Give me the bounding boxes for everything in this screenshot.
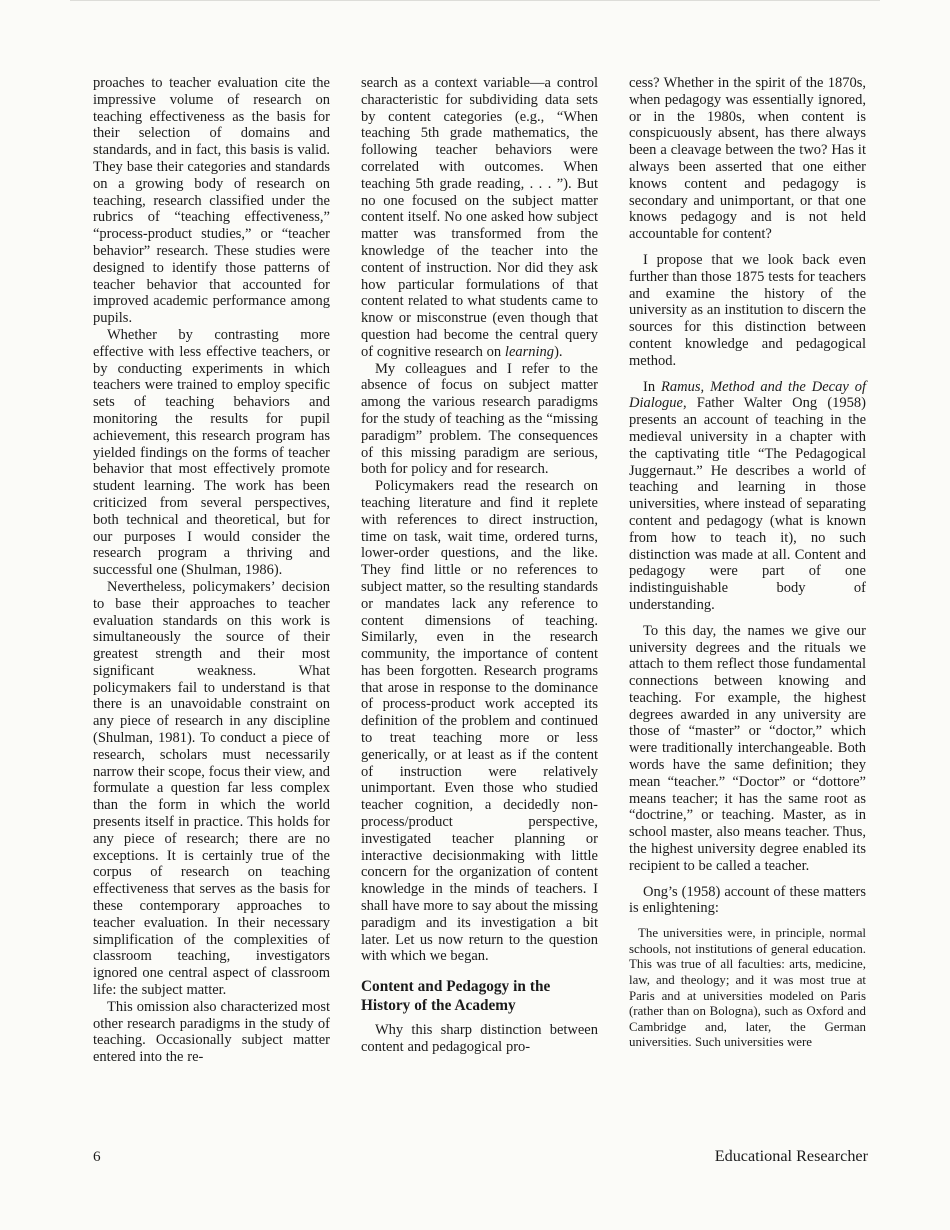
text-column-1: proaches to teacher evaluation cite the …	[93, 75, 330, 1066]
paragraph-text: ).	[554, 344, 562, 360]
paragraph: My colleagues and I refer to the absence…	[361, 361, 598, 479]
paragraph-text: In	[643, 379, 661, 395]
paragraph: I propose that we look back even further…	[629, 252, 866, 370]
paragraph: In Ramus, Method and the Decay of Dialog…	[629, 379, 866, 614]
paragraph: To this day, the names we give our unive…	[629, 623, 866, 875]
paragraph-text: , Father Walter Ong (1958) presents an a…	[629, 395, 866, 613]
paragraph: Whether by contrasting more effective wi…	[93, 327, 330, 579]
paragraph: Ong’s (1958) account of these matters is…	[629, 884, 866, 918]
paragraph-continuation: search as a context variable—a control c…	[361, 75, 598, 361]
paragraph-continuation: cess? Whether in the spirit of the 1870s…	[629, 75, 866, 243]
paragraph: Nevertheless, policymakers’ decision to …	[93, 579, 330, 999]
section-heading: Content and Pedagogy in the History of t…	[361, 977, 598, 1015]
italic-term-learning: learning	[505, 344, 554, 360]
page-footer: 6 Educational Researcher	[93, 1148, 868, 1166]
text-columns: proaches to teacher evaluation cite the …	[0, 0, 950, 1066]
block-quote: The universities were, in principle, nor…	[629, 926, 866, 1051]
text-column-3: cess? Whether in the spirit of the 1870s…	[629, 75, 866, 1066]
scan-artifact-line	[70, 0, 880, 1]
paragraph-text: search as a context variable—a control c…	[361, 75, 598, 360]
paragraph: Why this sharp distinction between conte…	[361, 1022, 598, 1056]
paragraph: This omission also characterized most ot…	[93, 999, 330, 1066]
page-number: 6	[93, 1149, 101, 1166]
paragraph: Policymakers read the research on teachi…	[361, 478, 598, 965]
paragraph-continuation: proaches to teacher evaluation cite the …	[93, 75, 330, 327]
journal-name: Educational Researcher	[715, 1148, 868, 1165]
journal-page: proaches to teacher evaluation cite the …	[0, 0, 950, 1230]
text-column-2: search as a context variable—a control c…	[361, 75, 598, 1066]
